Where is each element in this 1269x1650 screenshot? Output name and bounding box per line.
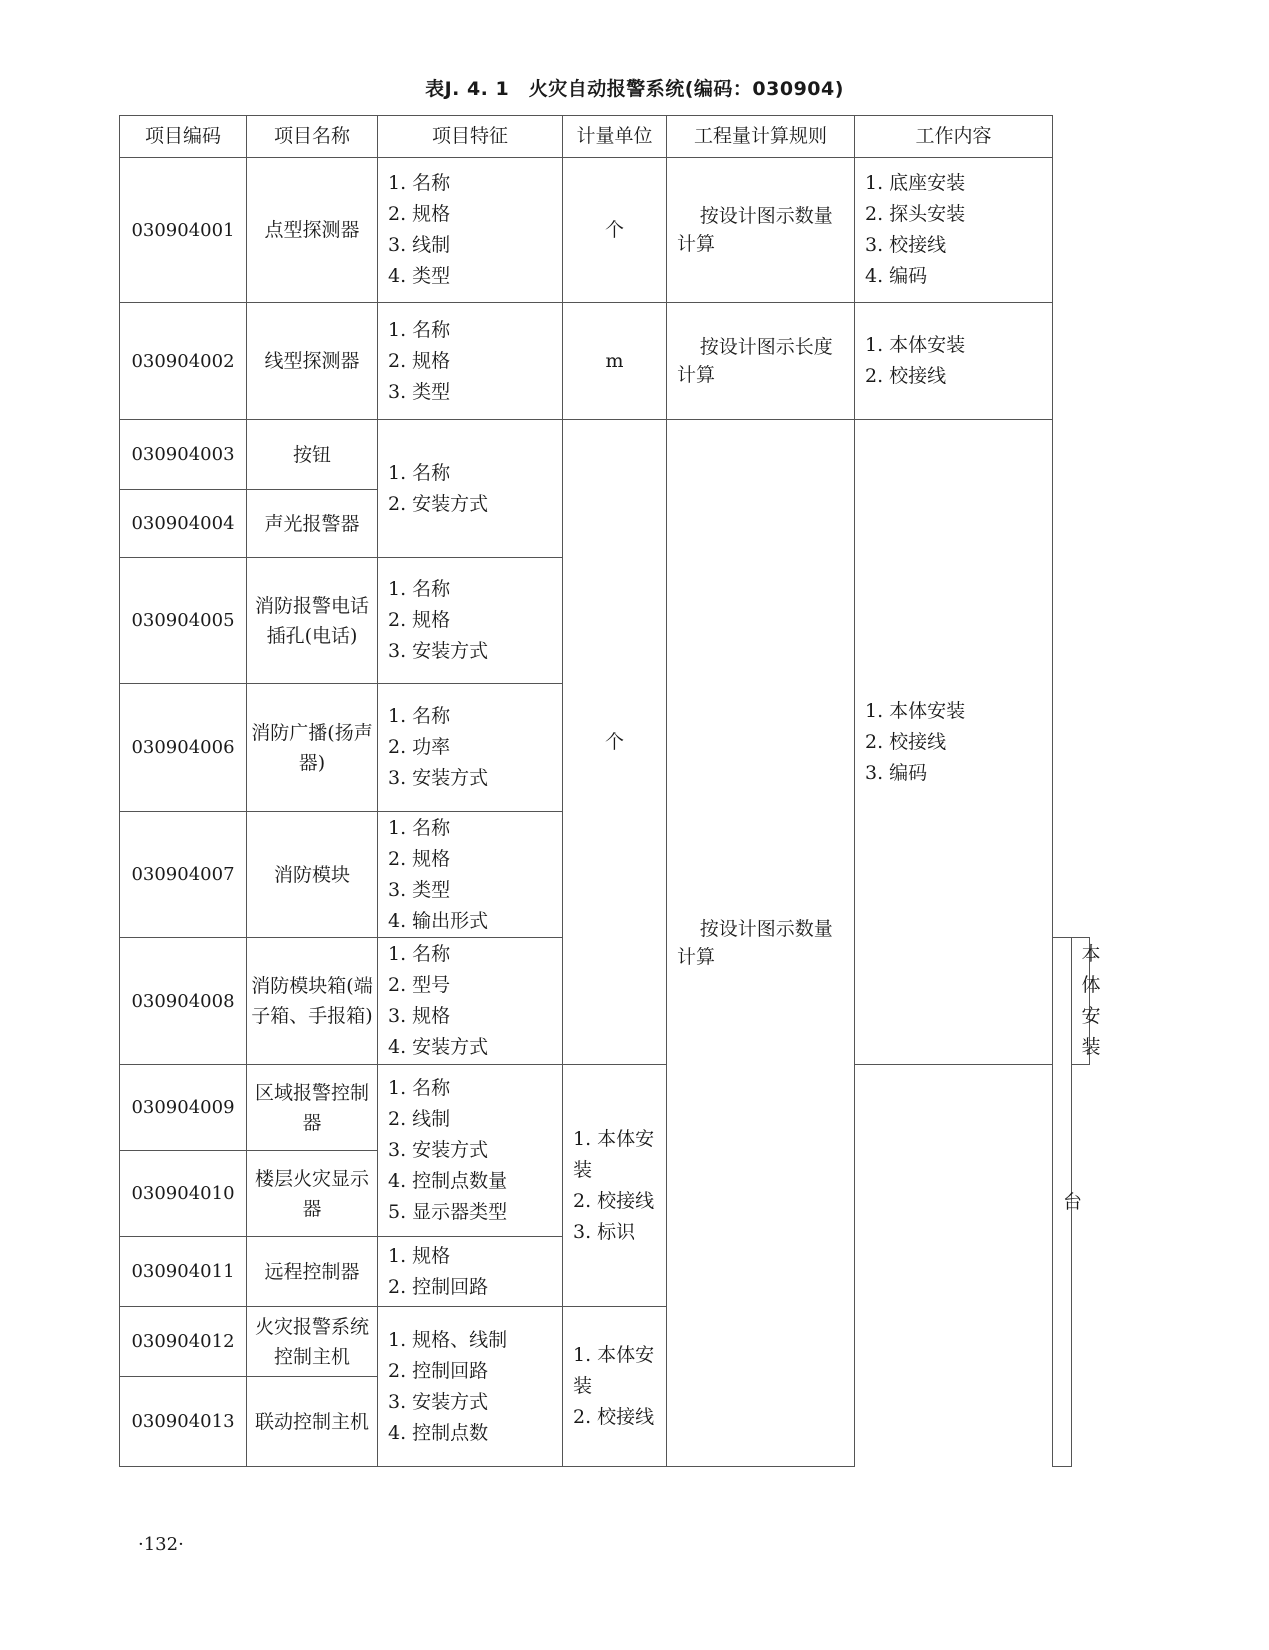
table-title: 表J. 4. 1 火灾自动报警系统(编码：030904) xyxy=(0,74,1269,101)
item-features: 1. 名称2. 规格3. 类型 xyxy=(378,303,563,420)
list-line: 1. 名称 xyxy=(388,458,552,489)
list-line: 2. 校接线 xyxy=(865,727,1042,758)
item-work: 1. 本体安装2. 校接线 xyxy=(563,1307,667,1467)
item-name: 按钮 xyxy=(247,420,378,490)
list-line: 4. 输出形式 xyxy=(388,906,552,937)
item-rule: 按设计图示长度计算 xyxy=(667,303,855,420)
item-work: 1. 本体安装2. 校接线3. 编码 xyxy=(855,420,1053,1065)
item-name: 联动控制主机 xyxy=(247,1377,378,1467)
list-line: 3. 编码 xyxy=(865,758,1042,789)
list-line: 2. 功率 xyxy=(388,732,552,763)
list-line: 1. 本体安装 xyxy=(865,696,1042,727)
item-features: 1. 名称2. 规格3. 类型4. 输出形式 xyxy=(378,812,563,938)
table-row: 030904003 按钮 1. 名称2. 安装方式 个 按设计图示数量计算 1.… xyxy=(120,420,1090,490)
item-name: 消防报警电话插孔(电话) xyxy=(247,558,378,684)
list-line: 1. 本体安装 xyxy=(573,1340,656,1402)
item-unit: 个 xyxy=(563,158,667,303)
list-line: 2. 校接线 xyxy=(573,1402,656,1433)
item-name: 声光报警器 xyxy=(247,490,378,558)
item-features: 1. 名称2. 线制3. 安装方式4. 控制点数量5. 显示器类型 xyxy=(378,1065,563,1237)
list-line: 2. 校接线 xyxy=(573,1186,656,1217)
table-row: 030904012 火灾报警系统控制主机 1. 规格、线制2. 控制回路3. 安… xyxy=(120,1307,1090,1377)
list-line: 3. 规格 xyxy=(388,1001,552,1032)
item-work: 1. 本体安装2. 校接线 xyxy=(855,303,1053,420)
item-name: 消防模块 xyxy=(247,812,378,938)
item-features: 1. 规格2. 控制回路 xyxy=(378,1237,563,1307)
item-features: 1. 规格、线制2. 控制回路3. 安装方式4. 控制点数 xyxy=(378,1307,563,1467)
header-code: 项目编码 xyxy=(120,116,247,158)
item-features: 1. 名称2. 功率3. 安装方式 xyxy=(378,684,563,812)
list-line: 2. 规格 xyxy=(388,844,552,875)
list-line: 4. 控制点数 xyxy=(388,1418,552,1449)
table-row: 030904009 区域报警控制器 1. 名称2. 线制3. 安装方式4. 控制… xyxy=(120,1065,1090,1151)
item-code: 030904009 xyxy=(120,1065,247,1151)
item-work: 本体安装 xyxy=(1071,938,1090,1065)
list-line: 1. 规格、线制 xyxy=(388,1325,552,1356)
header-work: 工作内容 xyxy=(855,116,1053,158)
item-features: 1. 名称2. 安装方式 xyxy=(378,420,563,558)
item-features: 1. 名称2. 规格3. 线制4. 类型 xyxy=(378,158,563,303)
item-code: 030904008 xyxy=(120,938,247,1065)
item-name: 消防模块箱(端子箱、手报箱) xyxy=(247,938,378,1065)
list-line: 4. 控制点数量 xyxy=(388,1166,552,1197)
item-rule: 按设计图示数量计算 xyxy=(667,420,855,1467)
item-name: 线型探测器 xyxy=(247,303,378,420)
item-name: 区域报警控制器 xyxy=(247,1065,378,1151)
list-line: 3. 安装方式 xyxy=(388,1135,552,1166)
header-name: 项目名称 xyxy=(247,116,378,158)
item-code: 030904012 xyxy=(120,1307,247,1377)
list-line: 1. 本体安装 xyxy=(865,330,1042,361)
item-code: 030904005 xyxy=(120,558,247,684)
item-unit: 台 xyxy=(1053,938,1072,1467)
item-unit: 个 xyxy=(563,420,667,1065)
list-line: 3. 类型 xyxy=(388,377,552,408)
list-line: 1. 本体安装 xyxy=(573,1124,656,1186)
list-line: 3. 校接线 xyxy=(865,230,1042,261)
list-line: 3. 安装方式 xyxy=(388,763,552,794)
fire-alarm-bill-table: 项目编码 项目名称 项目特征 计量单位 工程量计算规则 工作内容 0309040… xyxy=(119,115,1090,1467)
header-unit: 计量单位 xyxy=(563,116,667,158)
table-row: 030904001 点型探测器 1. 名称2. 规格3. 线制4. 类型 个 按… xyxy=(120,158,1090,303)
list-line: 1. 名称 xyxy=(388,315,552,346)
item-code: 030904003 xyxy=(120,420,247,490)
list-line: 3. 线制 xyxy=(388,230,552,261)
item-code: 030904013 xyxy=(120,1377,247,1467)
list-line: 2. 校接线 xyxy=(865,361,1042,392)
list-line: 3. 类型 xyxy=(388,875,552,906)
item-code: 030904002 xyxy=(120,303,247,420)
list-line: 3. 安装方式 xyxy=(388,1387,552,1418)
table-row: 030904002 线型探测器 1. 名称2. 规格3. 类型 m 按设计图示长… xyxy=(120,303,1090,420)
header-rule: 工程量计算规则 xyxy=(667,116,855,158)
list-line: 1. 名称 xyxy=(388,939,552,970)
item-work: 1. 本体安装2. 校接线3. 标识 xyxy=(563,1065,667,1307)
item-code: 030904004 xyxy=(120,490,247,558)
item-name: 火灾报警系统控制主机 xyxy=(247,1307,378,1377)
item-name: 楼层火灾显示器 xyxy=(247,1151,378,1237)
list-line: 2. 规格 xyxy=(388,605,552,636)
list-line: 1. 名称 xyxy=(388,813,552,844)
item-code: 030904010 xyxy=(120,1151,247,1237)
item-name: 消防广播(扬声器) xyxy=(247,684,378,812)
list-line: 4. 安装方式 xyxy=(388,1032,552,1063)
item-name: 点型探测器 xyxy=(247,158,378,303)
item-rule: 按设计图示数量计算 xyxy=(667,158,855,303)
item-work: 1. 底座安装2. 探头安装3. 校接线4. 编码 xyxy=(855,158,1053,303)
item-code: 030904007 xyxy=(120,812,247,938)
list-line: 2. 探头安装 xyxy=(865,199,1042,230)
list-line: 2. 线制 xyxy=(388,1104,552,1135)
item-name: 远程控制器 xyxy=(247,1237,378,1307)
item-features: 1. 名称2. 型号3. 规格4. 安装方式 xyxy=(378,938,563,1065)
item-code: 030904006 xyxy=(120,684,247,812)
list-line: 2. 安装方式 xyxy=(388,489,552,520)
item-features: 1. 名称2. 规格3. 安装方式 xyxy=(378,558,563,684)
list-line: 2. 控制回路 xyxy=(388,1272,552,1303)
list-line: 4. 编码 xyxy=(865,261,1042,292)
header-features: 项目特征 xyxy=(378,116,563,158)
list-line: 2. 规格 xyxy=(388,199,552,230)
list-line: 1. 底座安装 xyxy=(865,168,1042,199)
list-line: 3. 安装方式 xyxy=(388,636,552,667)
list-line: 2. 型号 xyxy=(388,970,552,1001)
item-unit: m xyxy=(563,303,667,420)
page-number: ·132· xyxy=(138,1534,184,1555)
list-line: 1. 名称 xyxy=(388,574,552,605)
list-line: 1. 名称 xyxy=(388,168,552,199)
list-line: 2. 规格 xyxy=(388,346,552,377)
list-line: 4. 类型 xyxy=(388,261,552,292)
header-row: 项目编码 项目名称 项目特征 计量单位 工程量计算规则 工作内容 xyxy=(120,116,1090,158)
list-line: 1. 名称 xyxy=(388,701,552,732)
list-line: 1. 名称 xyxy=(388,1073,552,1104)
list-line: 5. 显示器类型 xyxy=(388,1197,552,1228)
item-code: 030904001 xyxy=(120,158,247,303)
item-code: 030904011 xyxy=(120,1237,247,1307)
list-line: 2. 控制回路 xyxy=(388,1356,552,1387)
list-line: 1. 规格 xyxy=(388,1241,552,1272)
list-line: 3. 标识 xyxy=(573,1217,656,1248)
